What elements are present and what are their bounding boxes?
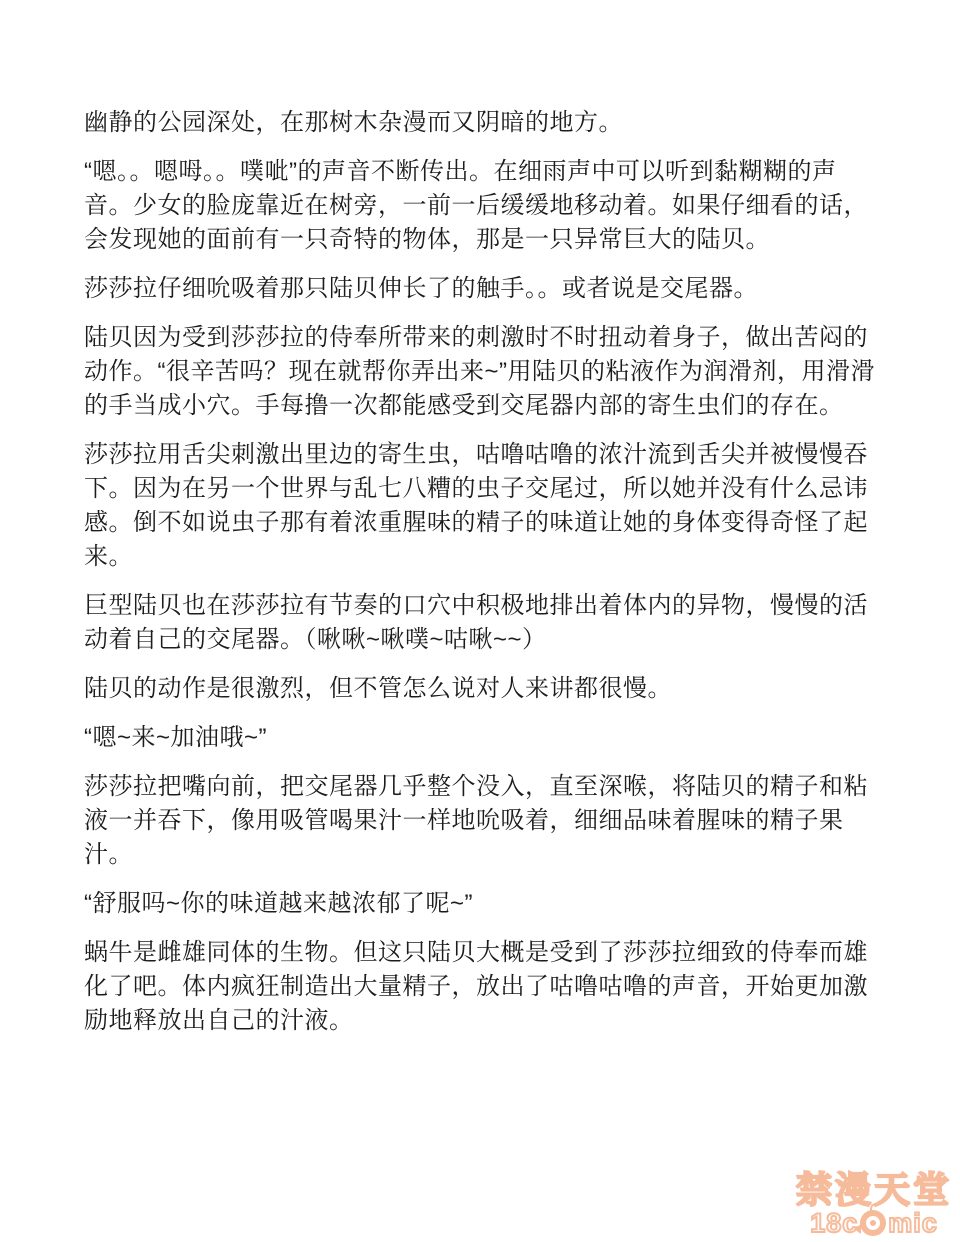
watermark-text-prefix: 18c xyxy=(810,1208,858,1238)
paragraph: 陆贝因为受到莎莎拉的侍奉所带来的刺激时不时扭动着身子，做出苦闷的动作。“很辛苦吗… xyxy=(84,321,878,423)
whale-tail xyxy=(854,1224,861,1234)
whale-icon xyxy=(860,1210,886,1236)
story-text: 幽静的公园深处，在那树木杂漫而又阴暗的地方。 “嗯。。嗯呣。。噗呲”的声音不断传… xyxy=(84,106,878,1053)
paragraph: 幽静的公园深处，在那树木杂漫而又阴暗的地方。 xyxy=(84,106,878,140)
paragraph: 莎莎拉用舌尖刺激出里边的寄生虫，咕噜咕噜的浓汁流到舌尖并被慢慢吞下。因为在另一个… xyxy=(84,438,878,574)
paragraph: “舒服吗~你的味道越来越浓郁了呢~” xyxy=(84,887,878,921)
paragraph: 莎莎拉仔细吮吸着那只陆贝伸长了的触手。。或者说是交尾器。 xyxy=(84,272,878,306)
site-watermark: 禁漫天堂 18c mic xyxy=(796,1172,952,1238)
whale-spout xyxy=(870,1203,880,1213)
paragraph: 莎莎拉把嘴向前，把交尾器几乎整个没入，直至深喉，将陆贝的精子和粘液一并吞下，像用… xyxy=(84,770,878,872)
paragraph: 陆贝的动作是很激烈，但不管怎么说对人来讲都很慢。 xyxy=(84,672,878,706)
watermark-domain-text: 18c mic xyxy=(796,1208,952,1238)
story-page: 幽静的公园深处，在那树木杂漫而又阴暗的地方。 “嗯。。嗯呣。。噗呲”的声音不断传… xyxy=(0,0,960,1242)
paragraph: 蜗牛是雌雄同体的生物。但这只陆贝大概是受到了莎莎拉细致的侍奉而雄化了吧。体内疯狂… xyxy=(84,936,878,1038)
paragraph: “嗯~来~加油哦~” xyxy=(84,721,878,755)
watermark-text-suffix: mic xyxy=(888,1208,938,1238)
paragraph: 巨型陆贝也在莎莎拉有节奏的口穴中积极地排出着体内的异物，慢慢的活动着自己的交尾器… xyxy=(84,589,878,657)
paragraph: “嗯。。嗯呣。。噗呲”的声音不断传出。在细雨声中可以听到黏糊糊的声音。少女的脸庞… xyxy=(84,155,878,257)
